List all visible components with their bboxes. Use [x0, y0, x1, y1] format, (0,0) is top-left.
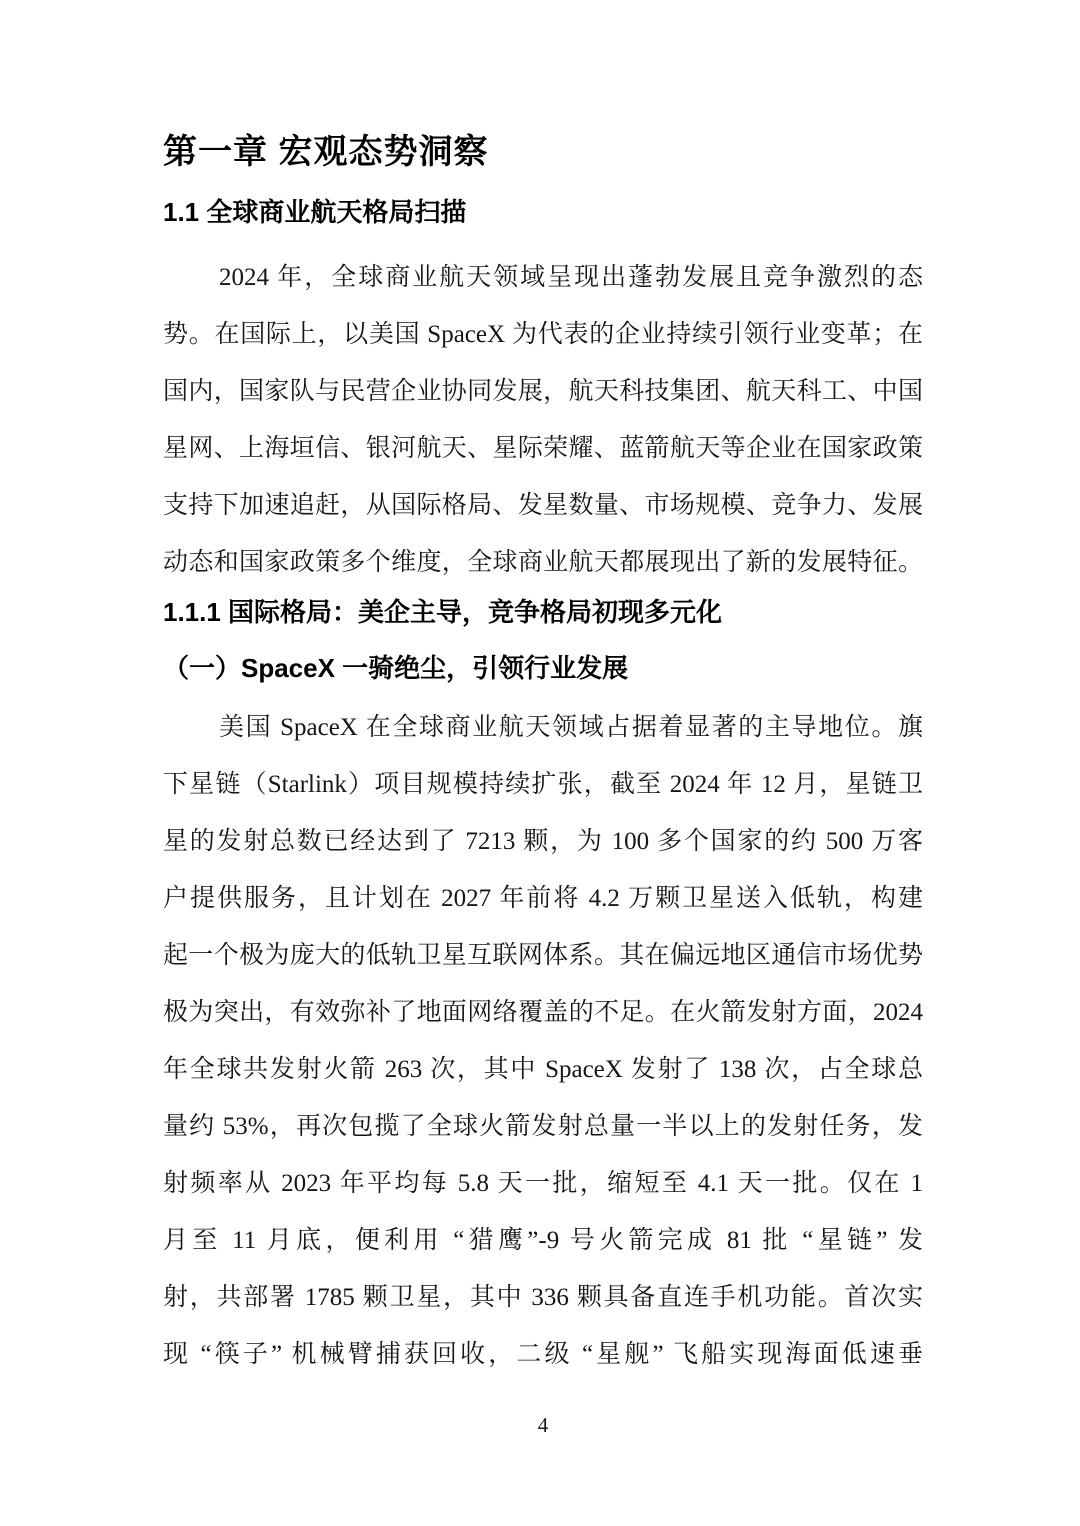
- paragraph-2-line-6: 极为突出，有效弥补了地面网络覆盖的不足。在火箭发射方面，2024: [163, 984, 923, 1041]
- subsection-heading-1-1-1: 1.1.1 国际格局：美企主导，竞争格局初现多元化: [163, 591, 923, 633]
- paragraph-2-line-1: 美国 SpaceX 在全球商业航天领域占据着显著的主导地位。旗: [163, 699, 923, 756]
- paragraph-1: 2024 年，全球商业航天领域呈现出蓬勃发展且竞争激烈的态 势。在国际上，以美国…: [163, 249, 923, 591]
- paragraph-1-line-3: 国内，国家队与民营企业协同发展，航天科技集团、航天科工、中国: [163, 363, 923, 420]
- paragraph-1-line-4: 星网、上海垣信、银河航天、星际荣耀、蓝箭航天等企业在国家政策: [163, 420, 923, 477]
- paragraph-2-line-10: 月至 11 月底，便利用 “猎鹰”-9 号火箭完成 81 批 “星链” 发: [163, 1212, 923, 1269]
- paragraph-2-line-4: 户提供服务，且计划在 2027 年前将 4.2 万颗卫星送入低轨，构建: [163, 870, 923, 927]
- paragraph-1-line-5: 支持下加速追赶，从国际格局、发星数量、市场规模、竞争力、发展: [163, 477, 923, 534]
- paragraph-2-line-11: 射，共部署 1785 颗卫星，其中 336 颗具备直连手机功能。首次实: [163, 1269, 923, 1326]
- paragraph-1-line-1: 2024 年，全球商业航天领域呈现出蓬勃发展且竞争激烈的态: [163, 249, 923, 306]
- section-heading-1-1: 1.1 全球商业航天格局扫描: [163, 194, 923, 230]
- paragraph-2-line-7: 年全球共发射火箭 263 次，其中 SpaceX 发射了 138 次，占全球总: [163, 1041, 923, 1098]
- paragraph-2: 美国 SpaceX 在全球商业航天领域占据着显著的主导地位。旗 下星链（Star…: [163, 699, 923, 1383]
- paragraph-2-line-3: 星的发射总数已经达到了 7213 颗，为 100 多个国家的约 500 万客: [163, 813, 923, 870]
- paragraph-1-line-2: 势。在国际上，以美国 SpaceX 为代表的企业持续引领行业变革；在: [163, 306, 923, 363]
- document-page: 第一章 宏观态势洞察 1.1 全球商业航天格局扫描 2024 年，全球商业航天领…: [0, 0, 1080, 1526]
- paragraph-2-line-5: 起一个极为庞大的低轨卫星互联网体系。其在偏远地区通信市场优势: [163, 927, 923, 984]
- paragraph-2-line-2: 下星链（Starlink）项目规模持续扩张，截至 2024 年 12 月，星链卫: [163, 756, 923, 813]
- paragraph-1-line-6: 动态和国家政策多个维度，全球商业航天都展现出了新的发展特征。: [163, 534, 923, 591]
- page-number: 4: [163, 1413, 923, 1437]
- paragraph-2-line-12: 现 “筷子” 机械臂捕获回收，二级 “星舰” 飞船实现海面低速垂: [163, 1326, 923, 1383]
- point-heading-spacex: （一）SpaceX 一骑绝尘，引领行业发展: [163, 647, 923, 689]
- paragraph-2-line-9: 射频率从 2023 年平均每 5.8 天一批，缩短至 4.1 天一批。仅在 1: [163, 1155, 923, 1212]
- chapter-title: 第一章 宏观态势洞察: [163, 130, 923, 174]
- paragraph-2-line-8: 量约 53%，再次包揽了全球火箭发射总量一半以上的发射任务，发: [163, 1098, 923, 1155]
